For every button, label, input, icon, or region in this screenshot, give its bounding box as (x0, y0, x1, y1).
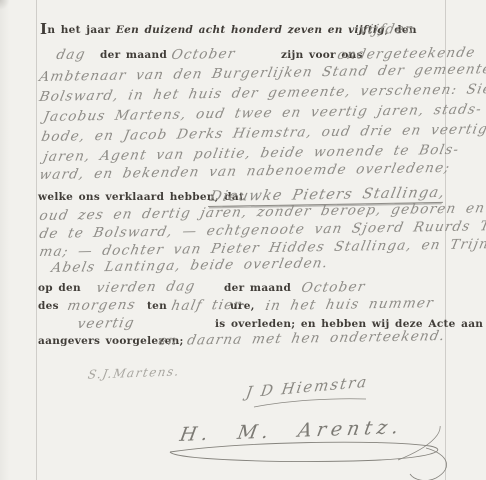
handwritten-death-month: October (300, 279, 367, 296)
record-line-year: In het jaar Een duizend acht honderd zev… (0, 24, 486, 41)
printed-text: der maand (224, 282, 291, 294)
record-line: Abels Lantinga, beide overleden. (0, 262, 486, 279)
record-line-death-time: des morgens ten half tien ure, in het hu… (0, 300, 486, 317)
handwritten-day: vijfden (358, 21, 416, 38)
signature-arentz: H. M. Arentz. (178, 416, 405, 446)
record-line: ward, en bekenden van nabenoemde overled… (0, 169, 486, 186)
handwritten-month: October (170, 46, 237, 63)
printed-text: op den (38, 282, 81, 294)
signature-martens: S.J.Martens. (87, 364, 182, 381)
handwritten-house-number: veertig (76, 315, 136, 332)
death-record-page: In het jaar Een duizend acht honderd zev… (0, 0, 486, 480)
record-line-closing: aangevers voorgelezen; en daarna met hen… (0, 335, 486, 352)
printed-text: des (38, 300, 59, 312)
handwritten-text: dag (55, 46, 87, 63)
handwritten-text: morgens (66, 297, 137, 314)
handwritten-death-day: vierden dag (95, 278, 197, 296)
printed-text: der maand (100, 49, 167, 61)
handwritten-text: ondergeteekende (336, 45, 477, 63)
printed-text: ure, (230, 300, 255, 312)
printed-text: ten (147, 300, 167, 312)
handwritten-text: in het huis nummer (264, 295, 435, 314)
signature-hiemstra: J D Hiemstra (245, 373, 370, 402)
printed-italic-year: Een duizend acht honderd zeven en vijfti… (116, 24, 385, 36)
